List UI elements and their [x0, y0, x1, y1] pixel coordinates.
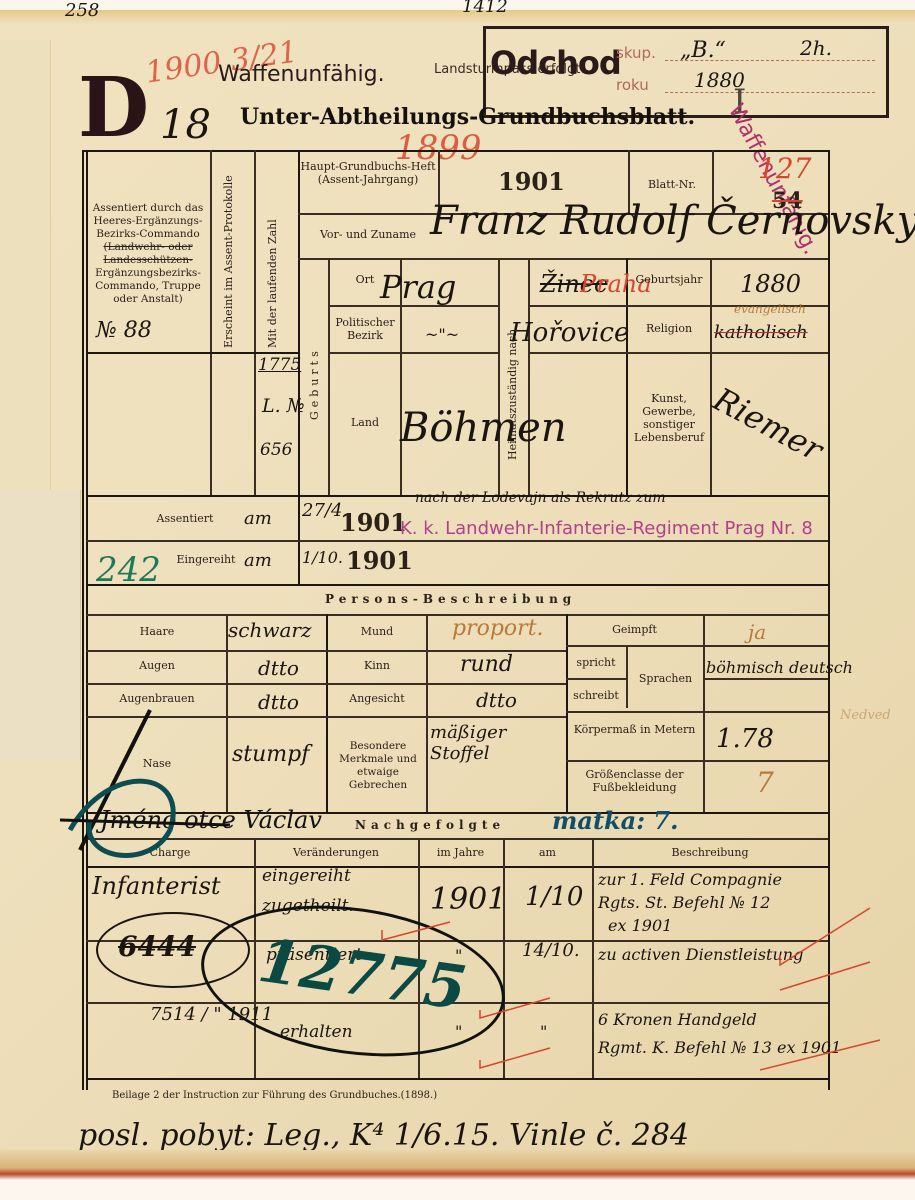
name-value: Franz Rudolf Černovsky — [430, 198, 915, 244]
geburtsjahr-label: Geburtsjahr — [628, 273, 710, 286]
stamp-waffenunfaehig: Waffenunfähig. — [218, 62, 385, 87]
geimpft-label: Geimpft — [566, 623, 703, 636]
stamp-roku-label: roku — [616, 76, 649, 94]
heimat-value-2: Hořovice — [510, 318, 629, 348]
label-line: Heeres-Ergänzungs- — [88, 215, 208, 228]
label-line: sonstiger — [628, 418, 710, 431]
geburtsjahr-value: 1880 — [740, 270, 801, 298]
schreibt-label: schreibt — [566, 689, 626, 702]
footer-handwritten: posl. pobyt: Leg., K⁴ 1/6.15. Vinle č. 2… — [78, 1118, 689, 1153]
augen-label: Augen — [90, 659, 224, 672]
label-line: Kunst, — [628, 392, 710, 405]
eingereiht-year: 1901 — [346, 546, 413, 575]
label-line-struck: (Landwehr- oder — [88, 241, 208, 254]
grid-line — [566, 678, 626, 680]
grid-line — [498, 258, 500, 495]
mund-value: proport. — [452, 616, 544, 641]
grid-line — [528, 352, 828, 354]
grid-line — [210, 150, 212, 495]
mund-label: Mund — [330, 625, 424, 638]
laufende-value-2: L. № — [262, 395, 305, 417]
persons-heading: Persons-Beschreibung — [325, 592, 576, 606]
blatt-nr-label: Blatt-Nr. — [634, 178, 710, 191]
assentiert-number: № 88 — [96, 318, 152, 343]
stamp-skup-label: skup. — [616, 44, 656, 62]
row1-charge: Infanterist — [92, 872, 221, 900]
eingereiht-label: Eingereiht — [166, 553, 246, 566]
label-line: Assentiert durch das — [88, 202, 208, 215]
regiment-stamp: K. k. Landwehr-Infanterie-Regiment Prag … — [400, 518, 813, 539]
stamp-roku-line — [665, 92, 875, 93]
page-title: Unter-Abtheilungs-Grundbuchsblatt. — [240, 104, 695, 130]
assentiert-am-word: am — [244, 508, 272, 529]
paper-flap-left — [0, 40, 51, 490]
margin-note: Nedved — [840, 708, 891, 723]
land-value: Böhmen — [400, 405, 567, 451]
col-laufende-zahl: Mit der laufenden Zahl — [266, 178, 279, 348]
grid-line — [566, 711, 828, 713]
corner-note-left: 258 — [65, 0, 99, 21]
laufende-value-1: 1775 — [258, 355, 301, 375]
geburts-label: Geburts — [308, 340, 321, 420]
name-label: Vor- und Zuname — [300, 228, 436, 241]
eingereiht-date: 1/10. — [302, 548, 343, 567]
bezirk-label: Politischer Bezirk — [330, 316, 400, 342]
overwrite-scrawl — [50, 700, 250, 870]
paper-bottom-edge — [0, 1150, 915, 1180]
grid-line — [703, 614, 705, 814]
grid-line — [710, 258, 712, 495]
class-letter-d: D — [78, 60, 149, 156]
augen-value: dtto — [258, 656, 299, 680]
religion-value-struck: katholisch — [714, 322, 808, 343]
label-line: oder Anstalt) — [88, 293, 208, 306]
grid-line — [328, 258, 330, 495]
grid-line — [86, 584, 828, 586]
grid-line — [86, 540, 828, 542]
laufende-value-3: 656 — [260, 440, 292, 460]
blatt-nr-red-value: 127 — [758, 152, 811, 185]
assentiert-am-label: Assentiert — [140, 512, 230, 525]
mutter-note: matka: 7. — [552, 806, 678, 835]
nachgefolgte-heading: Nachgefolgte — [355, 818, 505, 832]
fuss-value: 7 — [756, 766, 774, 799]
grid-line — [86, 683, 566, 685]
grid-line — [426, 614, 428, 814]
assentiert-year: 1901 — [340, 508, 407, 537]
bezirk-value: ~"~ — [425, 325, 459, 344]
land-label: Land — [330, 416, 400, 429]
religion-label: Religion — [628, 322, 710, 335]
ort-value: Prag — [380, 268, 456, 306]
merkmale-value: mäßiger Stoffel — [430, 722, 560, 764]
grid-line — [86, 352, 298, 354]
title-prefix-handwritten: 18 — [160, 102, 211, 148]
grid-line — [254, 150, 256, 495]
paper-top-edge — [0, 10, 915, 24]
merkmale-label: Besondere Merkmale und etwaige Gebrechen — [330, 740, 426, 792]
row1-veraenderung-1: eingereiht — [262, 866, 351, 886]
stamp-odchod-heading: Odchod — [490, 44, 621, 82]
grid-line — [566, 760, 828, 762]
grid-line — [703, 678, 828, 680]
sprachen-value: böhmisch deutsch — [706, 658, 853, 677]
grid-line — [566, 645, 828, 647]
label-line: Lebensberuf — [628, 431, 710, 444]
stamp-skup-value: „B.“ — [680, 38, 726, 63]
col-veraenderungen: Veränderungen — [254, 846, 418, 859]
beruf-label: Kunst, Gewerbe, sonstiger Lebensberuf — [628, 392, 710, 444]
augenbrauen-value: dtto — [258, 690, 299, 714]
angesicht-value: dtto — [476, 688, 517, 712]
koerpermass-value: 1.78 — [716, 724, 774, 754]
kinn-label: Kinn — [330, 659, 424, 672]
row2-charge: 6444 — [118, 930, 196, 963]
haare-value: schwarz — [228, 618, 312, 642]
grid-line — [82, 150, 84, 1090]
red-marks — [380, 880, 900, 1080]
col-assent-protokolle: Erscheint im Assent-Protokolle — [222, 168, 235, 348]
grid-line — [298, 258, 828, 260]
assentiert-note: nach der Lodevajn als Rekrutz zum — [415, 490, 666, 506]
angesicht-label: Angesicht — [330, 692, 424, 705]
label-line: Ergänzungsbezirks- — [88, 267, 208, 280]
spricht-label: spricht — [566, 656, 626, 669]
haare-label: Haare — [90, 625, 224, 638]
label-line: Commando, Truppe — [88, 280, 208, 293]
grid-line — [328, 352, 500, 354]
col-jahr: im Jahre — [418, 846, 503, 859]
koerpermass-label: Körpermaß in Metern — [566, 723, 703, 736]
kinn-value: rund — [460, 652, 513, 677]
fuss-label: Größenclasse der Fußbekleidung — [566, 768, 703, 794]
col-am: am — [503, 846, 592, 859]
label-line: Gewerbe, — [628, 405, 710, 418]
eingereiht-am-word: am — [244, 550, 272, 571]
grid-line — [82, 150, 828, 152]
stamp-extra-value: 2h. — [800, 36, 832, 60]
grid-line — [528, 258, 530, 495]
sprachen-label: Sprachen — [628, 672, 703, 685]
grid-line — [326, 614, 328, 814]
hauptgrundbuchsheft-label: Haupt-Grundbuchs-Heft (Assent-Jahrgang) — [300, 160, 436, 186]
label-line-struck: Landesschützen- — [88, 254, 208, 267]
label-line: Bezirks-Commando — [88, 228, 208, 241]
assentiert-durch-label: Assentiert durch das Heeres-Ergänzungs- … — [88, 202, 208, 306]
corner-note-center: 1412 — [462, 0, 508, 17]
religion-value: evangelisch — [734, 302, 806, 316]
hauptgrundbuchsheft-value: 1901 — [498, 167, 565, 196]
col-beschreibung: Beschreibung — [592, 846, 828, 859]
footer-printed: Beilage 2 der Instruction zur Führung de… — [112, 1090, 437, 1101]
green-number: 242 — [96, 550, 161, 590]
geimpft-value: ja — [748, 620, 766, 644]
